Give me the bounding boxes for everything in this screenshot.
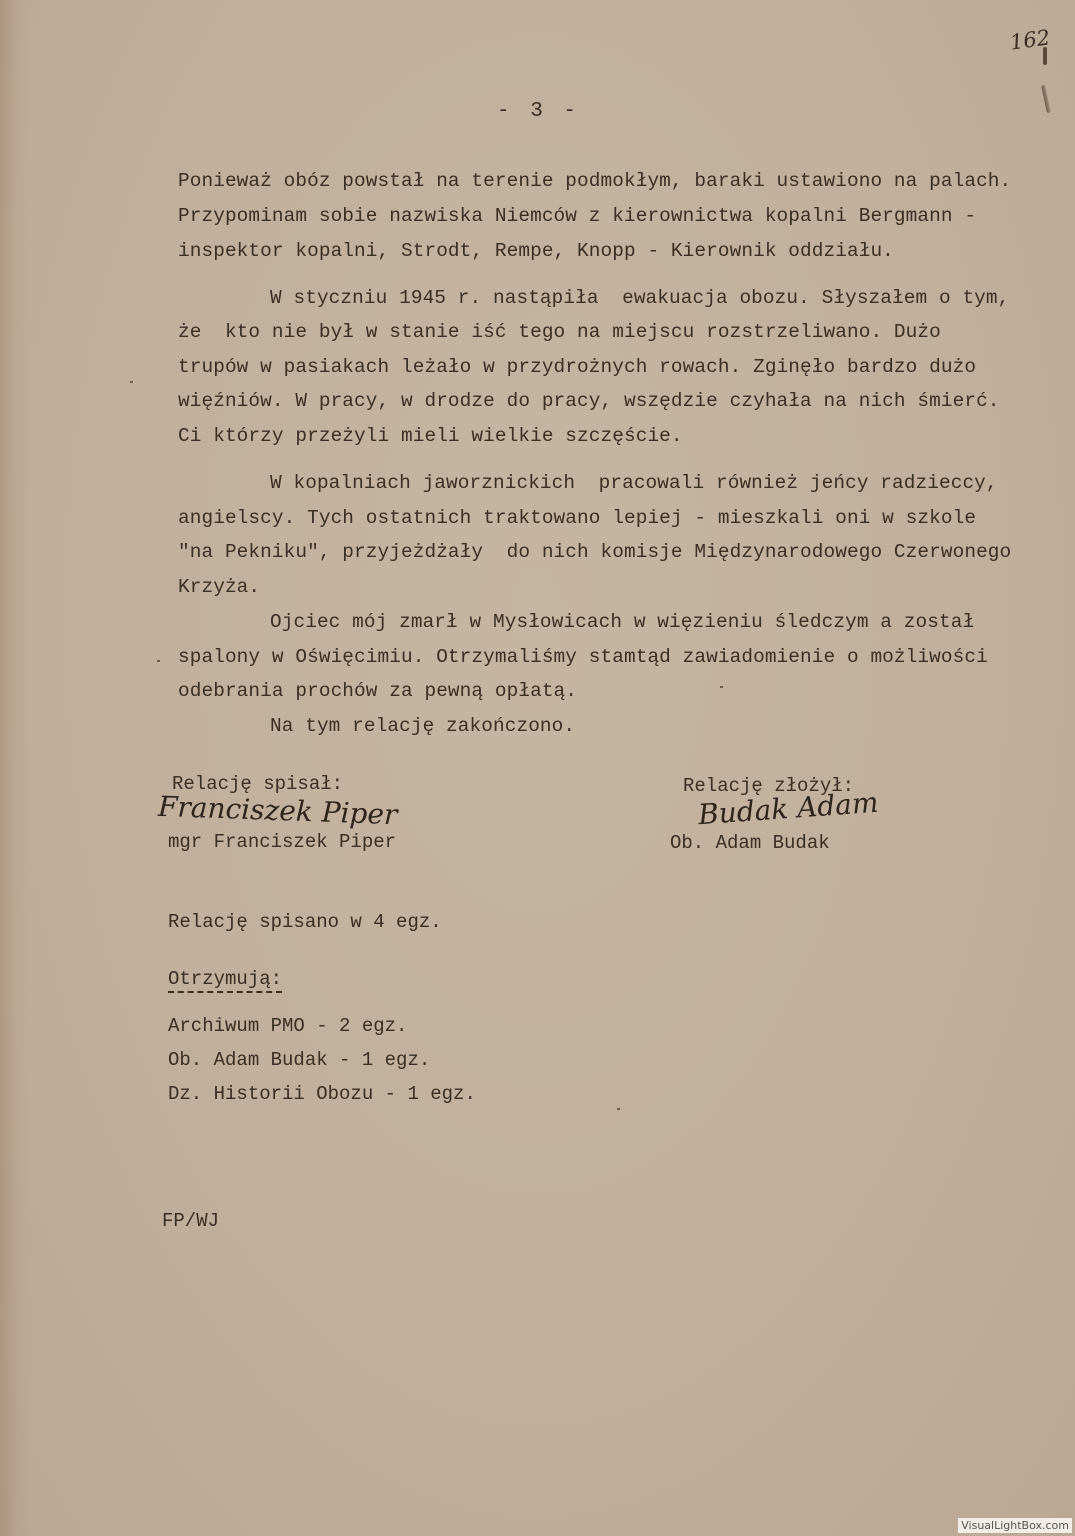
text-line: Przypominam sobie nazwiska Niemców z kie…	[178, 205, 976, 227]
recipients-heading-text: Otrzymują:	[168, 968, 282, 993]
typist-initials: FP/WJ	[162, 1210, 219, 1232]
text-line: odebrania prochów za pewną opłatą.	[178, 680, 577, 702]
paper-speck	[720, 686, 723, 688]
staple-mark	[1041, 85, 1051, 113]
text-line: "na Pekniku", przyjeżdżały do nich komis…	[178, 541, 1011, 563]
watermark: VisualLightBox.com	[958, 1518, 1072, 1533]
recipients-heading: Otrzymują:	[168, 968, 282, 990]
text-line: W styczniu 1945 r. nastąpiła ewakuacja o…	[270, 287, 1009, 309]
list-item: Dz. Historii Obozu - 1 egz.	[168, 1083, 476, 1105]
handwritten-signature: Franciszek Piper	[157, 790, 397, 831]
text-line: Ojciec mój zmarł w Mysłowicach w więzien…	[270, 611, 974, 633]
signatory-name: mgr Franciszek Piper	[168, 831, 396, 853]
list-item: Archiwum PMO - 2 egz.	[168, 1015, 407, 1037]
list-item: Ob. Adam Budak - 1 egz.	[168, 1049, 430, 1071]
text-line: więźniów. W pracy, w drodze do pracy, ws…	[178, 390, 1000, 412]
text-line: W kopalniach jaworznickich pracowali rów…	[270, 472, 998, 494]
signatory-name: Ob. Adam Budak	[670, 832, 830, 854]
text-line: Ci którzy przeżyli mieli wielkie szczęśc…	[178, 425, 683, 447]
page-number: - 3 -	[497, 100, 580, 123]
closing-line: Na tym relację zakończono.	[270, 715, 575, 737]
text-line: że kto nie był w stanie iść tego na miej…	[178, 321, 941, 343]
text-line: Ponieważ obóz powstał na terenie podmokł…	[178, 170, 1011, 192]
paper-speck	[157, 660, 160, 662]
paper-speck	[617, 1108, 620, 1110]
text-line: Krzyża.	[178, 576, 260, 598]
text-line: angielscy. Tych ostatnich traktowano lep…	[178, 507, 976, 529]
copies-note: Relację spisano w 4 egz.	[168, 911, 442, 933]
text-line: inspektor kopalni, Strodt, Rempe, Knopp …	[178, 240, 894, 262]
staple-mark	[1043, 47, 1047, 65]
text-line: trupów w pasiakach leżało w przydrożnych…	[178, 356, 976, 378]
text-line: spalony w Oświęcimiu. Otrzymaliśmy stamt…	[178, 646, 988, 668]
paper-speck	[130, 381, 133, 383]
